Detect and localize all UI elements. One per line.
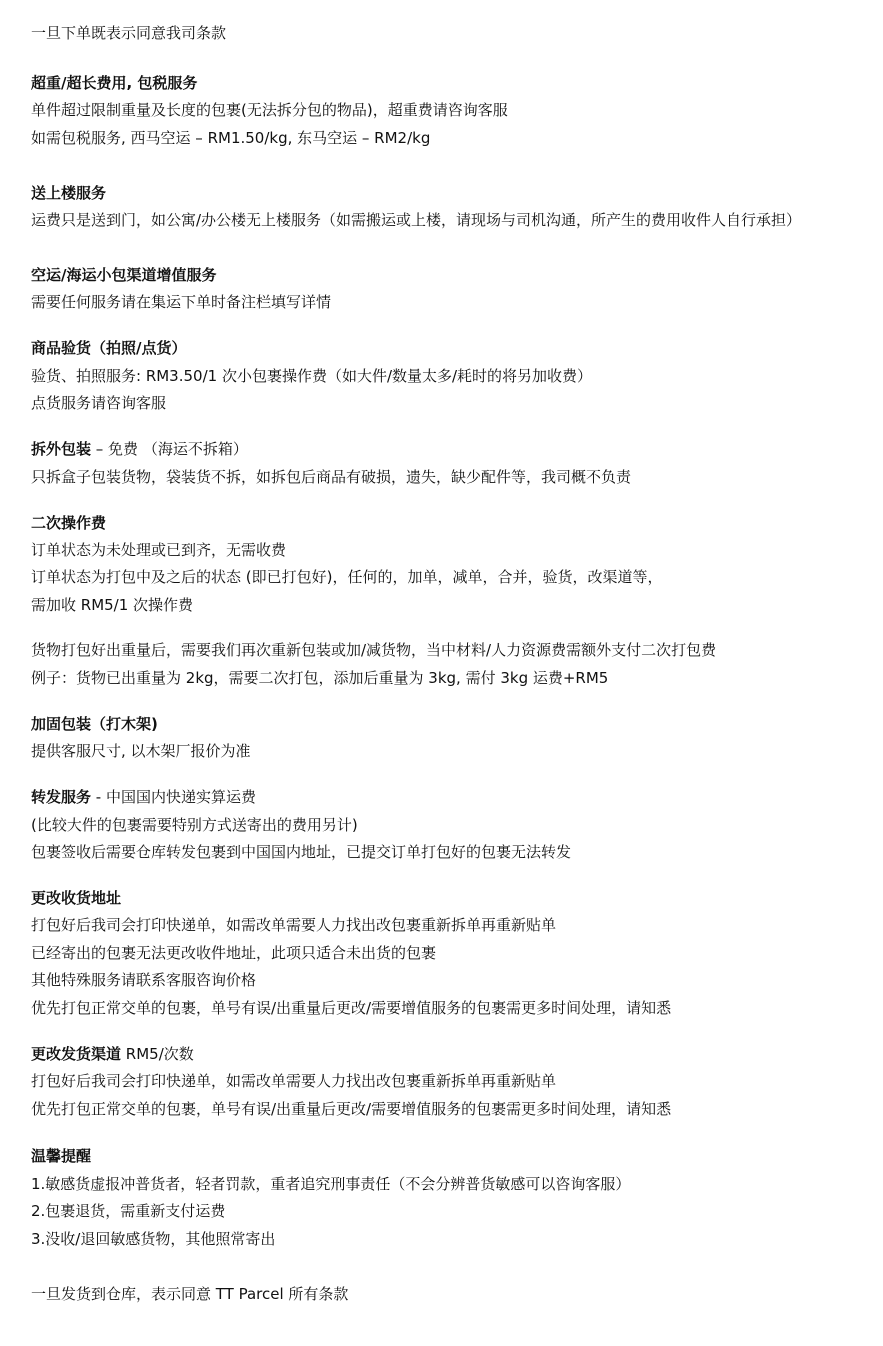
section-heading-inspection: 商品验货（拍照/点货） bbox=[31, 338, 186, 358]
section-line: 已经寄出的包裹无法更改收件地址，此项只适合未出货的包裹 bbox=[31, 943, 436, 963]
section-heading-text: 更改发货渠道 bbox=[31, 1045, 121, 1063]
section-heading-secondary-fee: 二次操作费 bbox=[31, 513, 106, 533]
section-line: 其他特殊服务请联系客服咨询价格 bbox=[31, 970, 256, 990]
section-line: 优先打包正常交单的包裹，单号有误/出重量后更改/需要增值服务的包裹需更多时间处理… bbox=[31, 998, 671, 1018]
section-line: (比较大件的包裹需要特别方式送寄出的费用另计) bbox=[31, 815, 358, 835]
section-heading-suffix: – 免费 （海运不拆箱） bbox=[91, 440, 248, 458]
section-line: 包裹签收后需要仓库转发包裹到中国国内地址，已提交订单打包好的包裹无法转发 bbox=[31, 842, 571, 862]
section-line: 需加收 RM5/1 次操作费 bbox=[31, 595, 193, 615]
footer-text: 一旦发货到仓库，表示同意 TT Parcel 所有条款 bbox=[31, 1284, 348, 1304]
section-line: 运费只是送到门，如公寓/办公楼无上楼服务（如需搬运或上楼，请现场与司机沟通，所产… bbox=[31, 210, 801, 230]
section-line: 点货服务请咨询客服 bbox=[31, 393, 166, 413]
section-heading-change-address: 更改收货地址 bbox=[31, 888, 121, 908]
section-line: 需要任何服务请在集运下单时备注栏填写详情 bbox=[31, 292, 331, 312]
section-line: 提供客服尺寸, 以木架厂报价为准 bbox=[31, 741, 251, 761]
section-line: 2.包裹退货，需重新支付运费 bbox=[31, 1201, 225, 1221]
section-line: 订单状态为未处理或已到齐，无需收费 bbox=[31, 540, 286, 560]
section-heading-unpacking: 拆外包装 – 免费 （海运不拆箱） bbox=[31, 439, 248, 459]
section-heading-upstairs-delivery: 送上楼服务 bbox=[31, 183, 106, 203]
intro-text: 一旦下单既表示同意我司条款 bbox=[31, 23, 226, 43]
section-heading-text: 转发服务 bbox=[31, 788, 91, 806]
section-line: 单件超过限制重量及长度的包裹(无法拆分包的物品)，超重费请咨询客服 bbox=[31, 100, 508, 120]
section-line: 打包好后我司会打印快递单，如需改单需要人力找出改包裹重新拆单再重新贴单 bbox=[31, 915, 556, 935]
section-line: 3.没收/退回敏感货物，其他照常寄出 bbox=[31, 1229, 275, 1249]
section-line: 打包好后我司会打印快递单，如需改单需要人力找出改包裹重新拆单再重新贴单 bbox=[31, 1071, 556, 1091]
section-line: 如需包税服务, 西马空运 – RM1.50/kg, 东马空运 – RM2/kg bbox=[31, 128, 430, 148]
section-line: 优先打包正常交单的包裹，单号有误/出重量后更改/需要增值服务的包裹需更多时间处理… bbox=[31, 1099, 671, 1119]
section-heading-suffix: - 中国国内快递实算运费 bbox=[91, 788, 256, 806]
section-heading-reminder: 温馨提醒 bbox=[31, 1146, 91, 1166]
section-line: 只拆盒子包装货物，袋装货不拆，如拆包后商品有破损，遗失，缺少配件等，我司概不负责 bbox=[31, 467, 631, 487]
section-line: 1.敏感货虚报冲普货者，轻者罚款，重者追究刑事责任（不会分辨普货敏感可以咨询客服… bbox=[31, 1174, 630, 1194]
section-heading-overweight: 超重/超长费用, 包税服务 bbox=[31, 73, 197, 93]
section-heading-text: 拆外包装 bbox=[31, 440, 91, 458]
section-heading-change-channel: 更改发货渠道 RM5/次数 bbox=[31, 1044, 194, 1064]
section-heading-forwarding: 转发服务 - 中国国内快递实算运费 bbox=[31, 787, 256, 807]
section-line: 例子：货物已出重量为 2kg，需要二次打包，添加后重量为 3kg, 需付 3kg… bbox=[31, 668, 608, 688]
section-heading-reinforced-packing: 加固包装（打木架) bbox=[31, 714, 158, 734]
section-heading-suffix: RM5/次数 bbox=[121, 1045, 194, 1063]
section-heading-value-added: 空运/海运小包渠道增值服务 bbox=[31, 265, 216, 285]
section-line: 订单状态为打包中及之后的状态 (即已打包好)，任何的，加单，减单，合并，验货，改… bbox=[31, 567, 662, 587]
section-line: 货物打包好出重量后，需要我们再次重新包装或加/减货物，当中材料/人力资源费需额外… bbox=[31, 640, 716, 660]
section-line: 验货、拍照服务: RM3.50/1 次小包裹操作费（如大件/数量太多/耗时的将另… bbox=[31, 366, 592, 386]
